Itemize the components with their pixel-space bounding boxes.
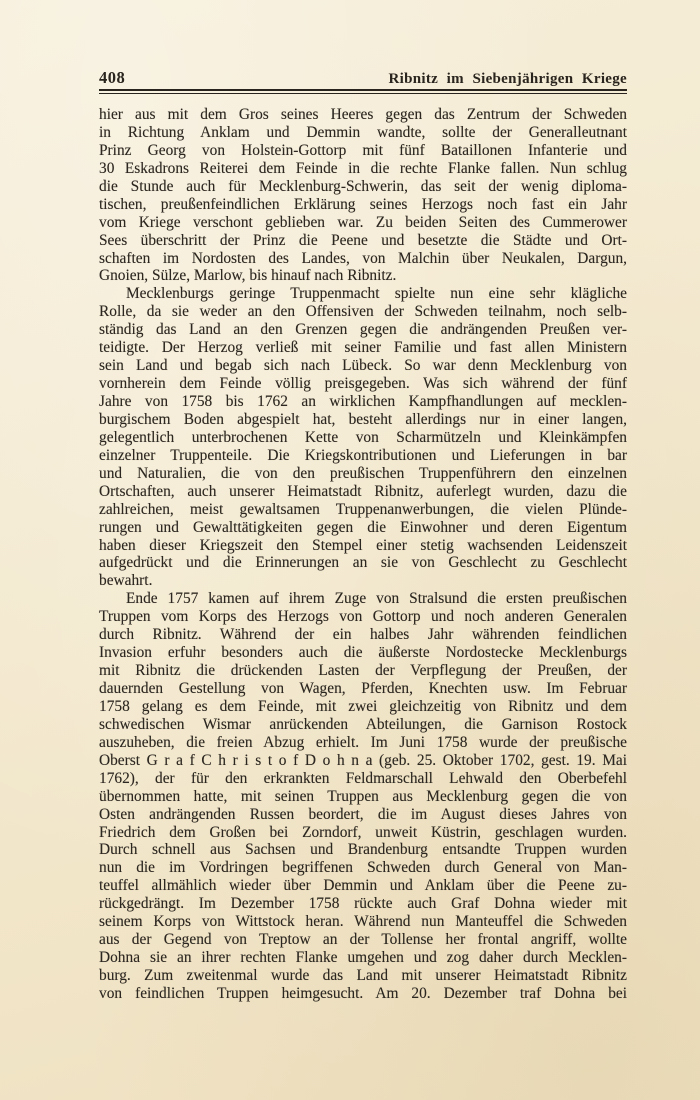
text-line: Gnoien, Sülze, Marlow, bis hinauf nach R… xyxy=(99,267,627,285)
text-line: vom Kriege verschont geblieben war. Zu b… xyxy=(99,214,627,232)
text-line: Invasion erfuhr besonders auch die äußer… xyxy=(99,644,627,662)
text-line: Ende 1757 kamen auf ihrem Zuge von Stral… xyxy=(99,590,627,608)
text-line: einzelner Truppenteile. Die Kriegskontri… xyxy=(99,447,627,465)
text-line: Dohna sie an ihrer rechten Flanke umgehe… xyxy=(99,949,627,967)
text-line: Oberst G r a f C h r i s t o f D o h n a… xyxy=(99,752,627,770)
text-block: hier aus mit dem Gros seines Heeres gege… xyxy=(99,106,627,1003)
paragraph: Ende 1757 kamen auf ihrem Zuge von Stral… xyxy=(99,590,627,1003)
running-header: 408 Ribnitz im Siebenjährigen Kriege xyxy=(99,68,627,88)
text-line: tischen, preußenfeindlichen Erklärung se… xyxy=(99,196,627,214)
text-line: und Naturalien, die von den preußischen … xyxy=(99,465,627,483)
paragraph: hier aus mit dem Gros seines Heeres gege… xyxy=(99,106,627,285)
text-line: 30 Eskadrons Reiterei dem Feinde in die … xyxy=(99,160,627,178)
text-line: aus der Gegend von Treptow an der Tollen… xyxy=(99,931,627,949)
text-line: Truppen vom Korps des Herzogs von Gottor… xyxy=(99,608,627,626)
text-line: seinem Korps von Wittstock heran. Währen… xyxy=(99,913,627,931)
text-line: haben dieser Kriegszeit den Stempel eine… xyxy=(99,537,627,555)
text-line: Rolle, da sie weder an den Offensiven de… xyxy=(99,303,627,321)
rule-thick xyxy=(99,89,627,91)
text-line: rungen und Gewalttätigkeiten gegen die E… xyxy=(99,519,627,537)
text-line: Durch schnell aus Sachsen und Brandenbur… xyxy=(99,841,627,859)
text-line: die Stunde auch für Mecklenburg-Schwerin… xyxy=(99,178,627,196)
text-line: nun die im Vordringen begriffenen Schwed… xyxy=(99,859,627,877)
text-line: Sees überschritt der Prinz die Peene und… xyxy=(99,232,627,250)
text-line: mit Ribnitz die drückenden Lasten der Ve… xyxy=(99,662,627,680)
text-line: Mecklenburgs geringe Truppenmacht spielt… xyxy=(99,285,627,303)
running-title: Ribnitz im Siebenjährigen Kriege xyxy=(389,71,628,88)
scanned-book-page: 408 Ribnitz im Siebenjährigen Kriege hie… xyxy=(0,0,700,1100)
text-line: schaften im Nordosten des Landes, von Ma… xyxy=(99,250,627,268)
text-line: teidigte. Der Herzog verließ mit seiner … xyxy=(99,339,627,357)
header-double-rule xyxy=(99,89,627,94)
rule-thin xyxy=(99,93,627,94)
text-line: dauernden Gestellung von Wagen, Pferden,… xyxy=(99,680,627,698)
text-line: 1762), der für den erkrankten Feldmarsch… xyxy=(99,770,627,788)
page-number: 408 xyxy=(99,68,125,88)
text-line: hier aus mit dem Gros seines Heeres gege… xyxy=(99,106,627,124)
text-line: zahlreichen, meist gewaltsamen Truppenan… xyxy=(99,501,627,519)
text-line: auszuheben, die freien Abzug erhielt. Im… xyxy=(99,734,627,752)
text-line: Osten andrängenden Russen beordert, die … xyxy=(99,806,627,824)
text-line: Prinz Georg von Holstein-Gottorp mit fün… xyxy=(99,142,627,160)
text-line: übernommen hatte, mit seinen Truppen aus… xyxy=(99,788,627,806)
text-line: von feindlichen Truppen heimgesucht. Am … xyxy=(99,985,627,1003)
text-line: Friedrich dem Großen bei Zorndorf, unwei… xyxy=(99,824,627,842)
text-line: burg. Zum zweitenmal wurde das Land mit … xyxy=(99,967,627,985)
text-line: burgischem Boden abgespielt hat, besteht… xyxy=(99,411,627,429)
text-line: in Richtung Anklam und Demmin wandte, so… xyxy=(99,124,627,142)
text-line: durch Ribnitz. Während der ein halbes Ja… xyxy=(99,626,627,644)
text-line: sein Land und begab sich nach Lübeck. So… xyxy=(99,357,627,375)
text-line: schwedischen Wismar anrückenden Abteilun… xyxy=(99,716,627,734)
text-line: aufgedrückt und die Erinnerungen an sie … xyxy=(99,554,627,572)
text-line: 1758 gelang es dem Feinde, mit zwei glei… xyxy=(99,698,627,716)
text-line: vornherein dem Feinde völlig preisgegebe… xyxy=(99,375,627,393)
text-line: Jahre von 1758 bis 1762 an wirklichen Ka… xyxy=(99,393,627,411)
text-line: gelegentlich unterbrochenen Kette von Sc… xyxy=(99,429,627,447)
text-line: ständig das Land an den Grenzen gegen di… xyxy=(99,321,627,339)
text-line: rückgedrängt. Im Dezember 1758 rückte au… xyxy=(99,895,627,913)
text-line: Ortschaften, auch unserer Heimatstadt Ri… xyxy=(99,483,627,501)
text-line: teuffel allmählich wieder über Demmin un… xyxy=(99,877,627,895)
paragraph: Mecklenburgs geringe Truppenmacht spielt… xyxy=(99,285,627,590)
text-line: bewahrt. xyxy=(99,572,627,590)
